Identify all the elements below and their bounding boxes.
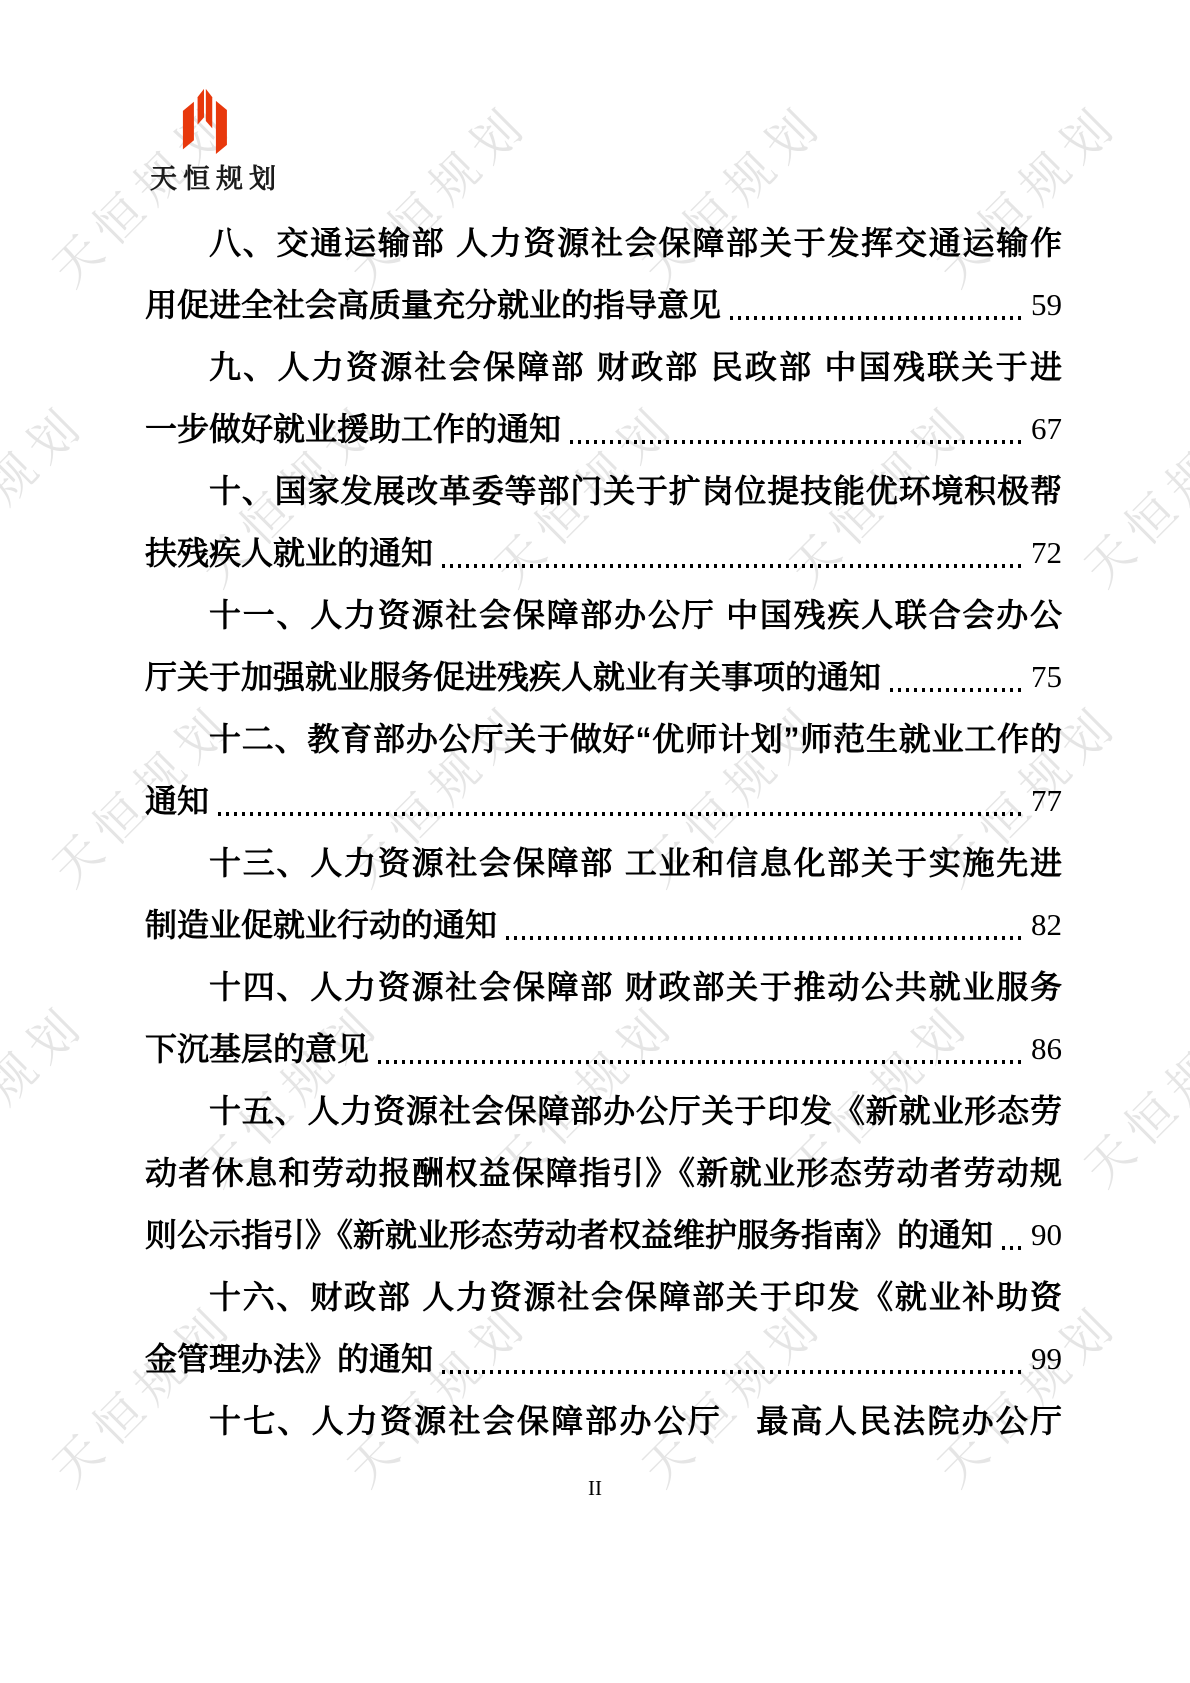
- leader-dots-icon: [730, 316, 1025, 320]
- toc-line: 九、人力资源社会保障部 财政部 民政部 中国残联关于进: [145, 336, 1062, 398]
- toc-line: 十三、人力资源社会保障部 工业和信息化部关于实施先进: [145, 832, 1062, 894]
- toc-entry: 八、交通运输部 人力资源社会保障部关于发挥交通运输作用促进全社会高质量充分就业的…: [145, 212, 1062, 336]
- leader-dots-icon: [218, 812, 1025, 816]
- leader-dots-icon: [506, 936, 1025, 940]
- toc-page-number: 77: [1031, 770, 1062, 832]
- toc-line: 十五、人力资源社会保障部办公厅关于印发《新就业形态劳: [145, 1080, 1062, 1142]
- toc-entry: 十三、人力资源社会保障部 工业和信息化部关于实施先进制造业促就业行动的通知82: [145, 832, 1062, 956]
- leader-dots-icon: [442, 1370, 1025, 1374]
- toc-title-text: 扶残疾人就业的通知: [145, 522, 433, 584]
- toc-entry: 十五、人力资源社会保障部办公厅关于印发《新就业形态劳动者休息和劳动报酬权益保障指…: [145, 1080, 1062, 1266]
- toc-entry: 十一、人力资源社会保障部办公厅 中国残疾人联合会办公厅关于加强就业服务促进残疾人…: [145, 584, 1062, 708]
- toc-line: 十六、财政部 人力资源社会保障部关于印发《就业补助资: [145, 1266, 1062, 1328]
- toc-title-text: 用促进全社会高质量充分就业的指导意见: [145, 274, 721, 336]
- toc-page-number: 72: [1031, 522, 1062, 584]
- toc-line: 扶残疾人就业的通知72: [145, 522, 1062, 584]
- building-mark-icon: [178, 88, 230, 154]
- toc-page-number: 99: [1031, 1328, 1062, 1390]
- toc-title-text: 金管理办法》的通知: [145, 1328, 433, 1390]
- logo-wordmark: 天恒规划: [150, 157, 282, 196]
- toc-line: 十七、人力资源社会保障部办公厅 最高人民法院办公厅: [145, 1390, 1062, 1452]
- toc-line: 动者休息和劳动报酬权益保障指引》《新就业形态劳动者劳动规: [145, 1142, 1062, 1204]
- watermark-text: 天恒规划: [0, 986, 98, 1199]
- toc-title-text: 下沉基层的意见: [145, 1018, 369, 1080]
- toc-title-text: 制造业促就业行动的通知: [145, 894, 497, 956]
- toc-title-text: 通知: [145, 770, 209, 832]
- toc-line: 十四、人力资源社会保障部 财政部关于推动公共就业服务: [145, 956, 1062, 1018]
- toc-entry: 十、国家发展改革委等部门关于扩岗位提技能优环境积极帮扶残疾人就业的通知72: [145, 460, 1062, 584]
- watermark-text: 天恒规划: [0, 386, 98, 599]
- toc-line: 厅关于加强就业服务促进残疾人就业有关事项的通知75: [145, 646, 1062, 708]
- toc-page-number: 59: [1031, 274, 1062, 336]
- toc: 八、交通运输部 人力资源社会保障部关于发挥交通运输作用促进全社会高质量充分就业的…: [145, 212, 1062, 1452]
- watermark-text: 天恒规划: [1066, 986, 1190, 1199]
- toc-title-text: 则公示指引》《新就业形态劳动者权益维护服务指南》的通知: [145, 1204, 993, 1266]
- toc-page-number: 67: [1031, 398, 1062, 460]
- toc-line: 十、国家发展改革委等部门关于扩岗位提技能优环境积极帮: [145, 460, 1062, 522]
- toc-page-number: 86: [1031, 1018, 1062, 1080]
- footer-page-number: II: [0, 1476, 1190, 1501]
- toc-line: 十二、教育部办公厅关于做好“优师计划”师范生就业工作的: [145, 708, 1062, 770]
- toc-line: 则公示指引》《新就业形态劳动者权益维护服务指南》的通知90: [145, 1204, 1062, 1266]
- company-logo: 天恒规划: [150, 88, 282, 196]
- toc-entry: 十七、人力资源社会保障部办公厅 最高人民法院办公厅: [145, 1390, 1062, 1452]
- leader-dots-icon: [570, 440, 1025, 444]
- toc-line: 一步做好就业援助工作的通知67: [145, 398, 1062, 460]
- leader-dots-icon: [442, 564, 1025, 568]
- toc-entry: 九、人力资源社会保障部 财政部 民政部 中国残联关于进一步做好就业援助工作的通知…: [145, 336, 1062, 460]
- toc-line: 金管理办法》的通知99: [145, 1328, 1062, 1390]
- toc-entry: 十六、财政部 人力资源社会保障部关于印发《就业补助资金管理办法》的通知99: [145, 1266, 1062, 1390]
- toc-title-text: 一步做好就业援助工作的通知: [145, 398, 561, 460]
- document-page: 天恒规划天恒规划天恒规划天恒规划天恒规划天恒规划天恒规划天恒规划天恒规划天恒规划…: [0, 0, 1190, 1683]
- toc-page-number: 75: [1031, 646, 1062, 708]
- toc-line: 制造业促就业行动的通知82: [145, 894, 1062, 956]
- toc-line: 通知77: [145, 770, 1062, 832]
- toc-entry: 十二、教育部办公厅关于做好“优师计划”师范生就业工作的通知77: [145, 708, 1062, 832]
- toc-line: 十一、人力资源社会保障部办公厅 中国残疾人联合会办公: [145, 584, 1062, 646]
- toc-page-number: 82: [1031, 894, 1062, 956]
- toc-entry: 十四、人力资源社会保障部 财政部关于推动公共就业服务下沉基层的意见86: [145, 956, 1062, 1080]
- leader-dots-icon: [378, 1060, 1025, 1064]
- toc-title-text: 厅关于加强就业服务促进残疾人就业有关事项的通知: [145, 646, 881, 708]
- leader-dots-icon: [890, 688, 1025, 692]
- toc-page-number: 90: [1031, 1204, 1062, 1266]
- leader-dots-icon: [1002, 1246, 1025, 1250]
- watermark-text: 天恒规划: [1066, 386, 1190, 599]
- toc-line: 用促进全社会高质量充分就业的指导意见59: [145, 274, 1062, 336]
- toc-line: 八、交通运输部 人力资源社会保障部关于发挥交通运输作: [145, 212, 1062, 274]
- toc-line: 下沉基层的意见86: [145, 1018, 1062, 1080]
